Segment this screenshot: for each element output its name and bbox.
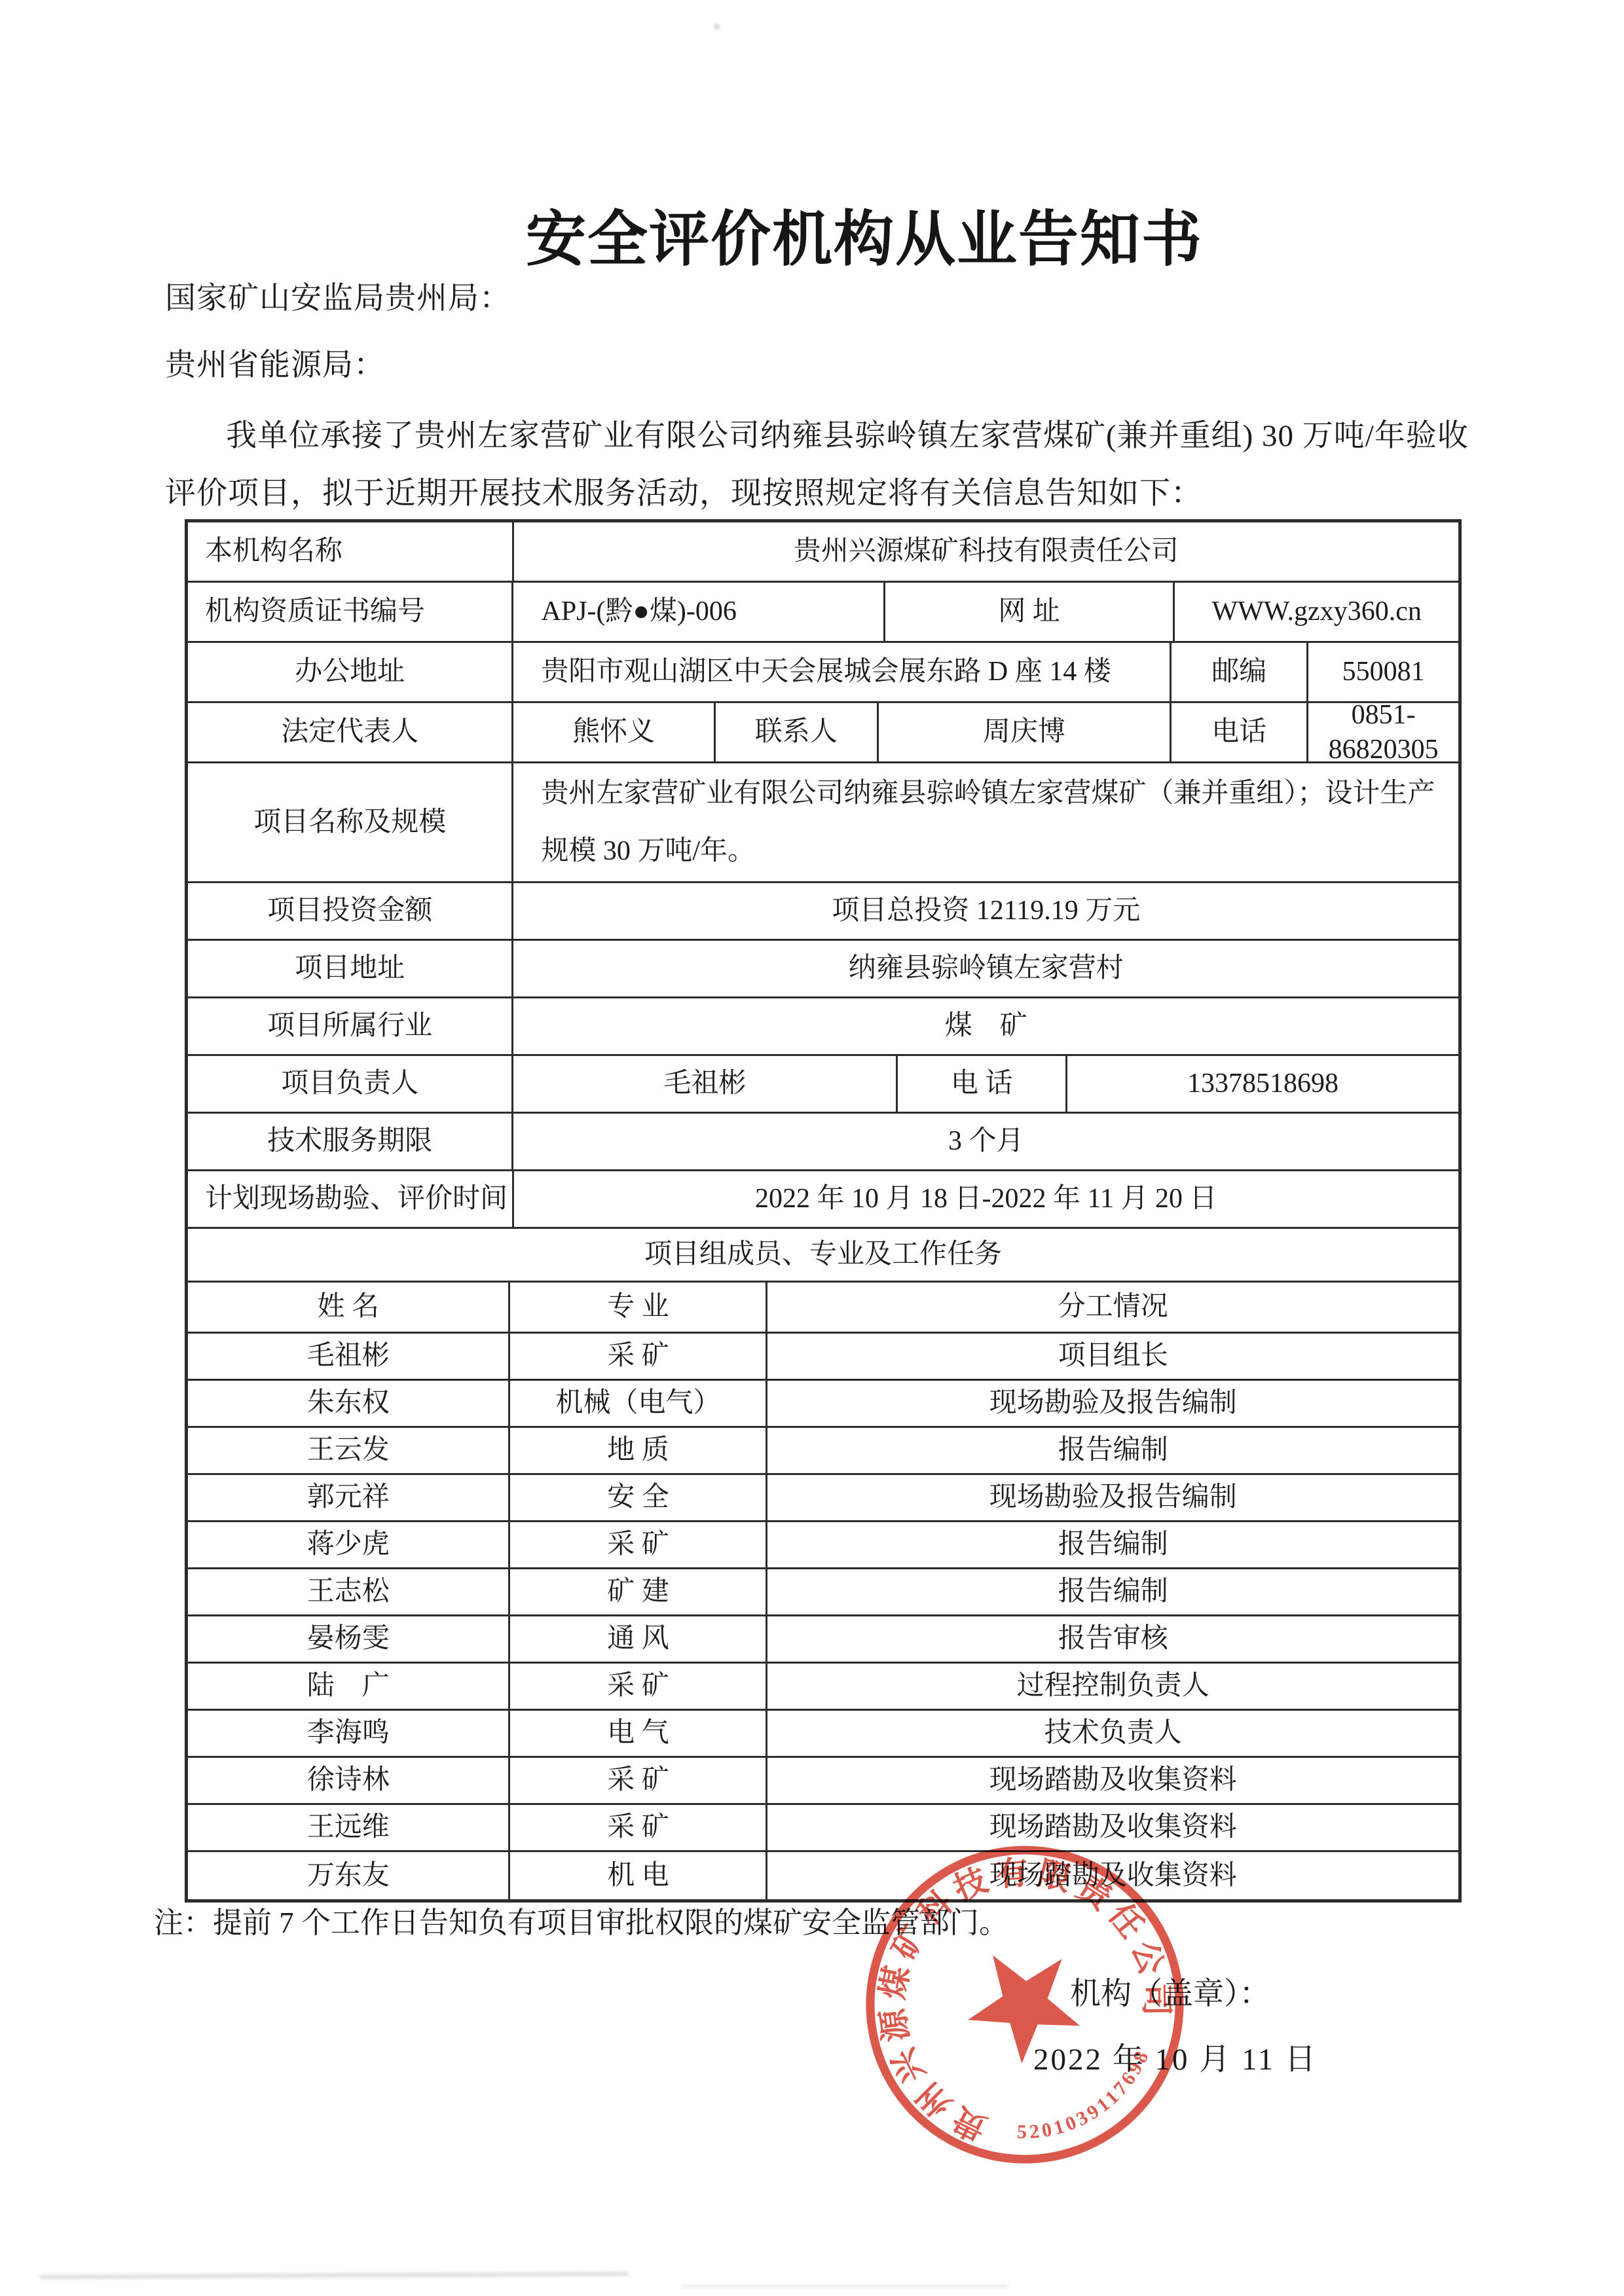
row-label-cell: 王志松 [188, 1569, 510, 1614]
row-label-cell: 计划现场勘验、评价时间 [188, 1171, 514, 1227]
table-cell: 机械（电气） [510, 1381, 767, 1426]
cell-text: 陆 广 [188, 1669, 508, 1704]
seal-caption: 机构（盖章）： [1070, 1969, 1270, 2013]
cell-text: WWW.gzxy360.cn [1175, 594, 1458, 629]
cell-text: 报告编制 [767, 1527, 1458, 1562]
table-row: 万东友机 电现场踏勘及收集资料 [188, 1852, 1458, 1899]
table-cell: 邮编 [1172, 643, 1308, 701]
cell-text: 邮编 [1172, 655, 1306, 689]
table-row: 机构资质证书编号APJ-(黔●煤)-006网 址WWW.gzxy360.cn [188, 583, 1458, 643]
cell-text: 报告编制 [767, 1433, 1458, 1468]
cell-text: 现场踏勘及收集资料 [767, 1859, 1458, 1893]
cell-text: 联系人 [716, 715, 877, 750]
cell-text: 地 质 [510, 1433, 766, 1468]
row-label-cell: 项目所属行业 [188, 998, 513, 1054]
cell-text: 李海鸣 [188, 1716, 508, 1751]
cell-text: 万东友 [188, 1859, 508, 1893]
cell-text: 技术负责人 [767, 1716, 1458, 1751]
table-row: 李海鸣电 气技术负责人 [188, 1711, 1458, 1758]
table-row: 技术服务期限3 个月 [188, 1114, 1458, 1171]
cell-text: 电 话 [898, 1066, 1065, 1101]
cell-text: 电话 [1172, 715, 1306, 750]
table-cell: 采 矿 [510, 1664, 767, 1709]
cell-text: 项目组成员、专业及工作任务 [188, 1237, 1458, 1272]
cell-text: 采 矿 [510, 1669, 766, 1704]
table-cell: 采 矿 [510, 1805, 767, 1850]
cell-text: 网 址 [885, 594, 1173, 629]
table-cell: 报告编制 [767, 1569, 1458, 1614]
cell-text: 采 矿 [510, 1339, 766, 1374]
table-cell: 现场踏勘及收集资料 [767, 1758, 1458, 1803]
issue-date: 2022 年 10 月 11 日 [1033, 2035, 1318, 2079]
row-label-cell: 李海鸣 [188, 1711, 510, 1756]
row-label-cell: 本机构名称 [188, 522, 514, 581]
cell-text: 现场踏勘及收集资料 [767, 1810, 1458, 1845]
row-label-cell: 机构资质证书编号 [188, 583, 513, 641]
table-row: 晏杨雯通 风报告审核 [188, 1616, 1458, 1664]
table-cell: 分工情况 [767, 1283, 1458, 1332]
table-cell: 现场踏勘及收集资料 [767, 1852, 1458, 1899]
table-cell: 2022 年 10 月 18 日-2022 年 11 月 20 日 [514, 1171, 1458, 1227]
cell-text: 王云发 [188, 1433, 508, 1468]
cell-text: 电 气 [510, 1716, 766, 1751]
row-label-cell: 项目投资金额 [188, 883, 513, 939]
table-cell: 采 矿 [510, 1758, 767, 1803]
cell-text: 矿 建 [510, 1575, 766, 1609]
table-cell: 3 个月 [513, 1114, 1458, 1169]
cell-text: 本机构名称 [205, 534, 342, 569]
cell-text: 郭元祥 [188, 1480, 508, 1515]
cell-text: 技术服务期限 [188, 1124, 511, 1159]
cell-text: 现场勘验及报告编制 [767, 1480, 1458, 1515]
table-cell: 周庆博 [879, 703, 1172, 761]
row-label-cell: 王远维 [188, 1805, 510, 1850]
cell-text: 2022 年 10 月 18 日-2022 年 11 月 20 日 [514, 1182, 1458, 1216]
row-label-cell: 蒋少虎 [188, 1522, 510, 1567]
table-row: 王志松矿 建报告编制 [188, 1569, 1458, 1616]
table-row: 项目负责人毛祖彬电 话13378518698 [188, 1056, 1458, 1114]
table-cell: 贵阳市观山湖区中天会展城会展东路 D 座 14 楼 [513, 643, 1172, 701]
cell-text: 姓 名 [188, 1290, 508, 1324]
table-cell: 联系人 [716, 703, 879, 761]
row-label-cell: 项目地址 [188, 941, 513, 996]
row-label-cell: 姓 名 [188, 1283, 510, 1332]
cell-text: 周庆博 [879, 715, 1170, 750]
cell-text: APJ-(黔●煤)-006 [541, 594, 736, 629]
scan-artifact [681, 2285, 1008, 2288]
cell-text: 采 矿 [510, 1763, 766, 1798]
cell-text: 机 电 [510, 1859, 766, 1893]
row-label-cell: 徐诗林 [188, 1758, 510, 1803]
cell-text: 550081 [1308, 655, 1458, 689]
cell-text: 贵阳市观山湖区中天会展城会展东路 D 座 14 楼 [541, 655, 1111, 689]
cell-text: 王志松 [188, 1575, 508, 1609]
row-label-cell: 法定代表人 [188, 703, 513, 761]
cell-text: 蒋少虎 [188, 1527, 508, 1562]
table-cell: 项目组成员、专业及工作任务 [188, 1229, 1458, 1281]
table-cell: 机 电 [510, 1852, 767, 1899]
table-cell: 熊怀义 [513, 703, 715, 761]
table-cell: 报告编制 [767, 1428, 1458, 1473]
table-row: 朱东权机械（电气）现场勘验及报告编制 [188, 1381, 1458, 1428]
table-row: 办公地址贵阳市观山湖区中天会展城会展东路 D 座 14 楼邮编550081 [188, 643, 1458, 703]
table-cell: 550081 [1308, 643, 1458, 701]
table-row: 本机构名称贵州兴源煤矿科技有限责任公司 [188, 522, 1458, 583]
table-cell: 安 全 [510, 1475, 767, 1520]
document-title: 安全评价机构从业告知书 [52, 191, 1624, 278]
table-row: 徐诗林采 矿现场踏勘及收集资料 [188, 1758, 1458, 1805]
cell-text: 安 全 [510, 1480, 766, 1515]
table-row: 王云发地 质报告编制 [188, 1428, 1458, 1475]
intro-paragraph-line-2: 评价项目，拟于近期开展技术服务活动，现按照规定将有关信息告知如下： [165, 469, 1202, 513]
table-row: 项目地址纳雍县骔岭镇左家营村 [188, 941, 1458, 998]
table-row: 计划现场勘验、评价时间2022 年 10 月 18 日-2022 年 11 月 … [188, 1171, 1458, 1229]
table-row: 项目所属行业煤 矿 [188, 998, 1458, 1056]
cell-text: 王远维 [188, 1810, 508, 1845]
recipient-line-2: 贵州省能源局： [165, 340, 385, 384]
cell-text: 办公地址 [188, 655, 511, 689]
table-cell: 项目组长 [767, 1334, 1458, 1379]
cell-text: 纳雍县骔岭镇左家营村 [513, 951, 1458, 986]
cell-text: 0851-86820305 [1308, 703, 1458, 761]
row-label-cell: 办公地址 [188, 643, 513, 701]
table-cell: 报告审核 [767, 1616, 1458, 1662]
table-cell: 毛祖彬 [513, 1056, 898, 1112]
table-row: 姓 名专 业分工情况 [188, 1283, 1458, 1334]
table-cell: 网 址 [885, 583, 1175, 641]
cell-text: 毛祖彬 [188, 1339, 508, 1374]
cell-text: 贵州兴源煤矿科技有限责任公司 [514, 534, 1458, 569]
table-row: 陆 广采 矿过程控制负责人 [188, 1664, 1458, 1711]
cell-text: 现场踏勘及收集资料 [767, 1763, 1458, 1798]
cell-text: 项目组长 [767, 1339, 1458, 1374]
table-cell: 采 矿 [510, 1334, 767, 1379]
table-cell: 技术负责人 [767, 1711, 1458, 1756]
cell-text: 采 矿 [510, 1527, 766, 1562]
cell-text: 13378518698 [1067, 1066, 1458, 1101]
cell-text: 分工情况 [767, 1290, 1458, 1324]
table-cell: 采 矿 [510, 1522, 767, 1567]
cell-text: 项目总投资 12119.19 万元 [513, 894, 1458, 928]
table-cell: 项目总投资 12119.19 万元 [513, 883, 1458, 939]
table-cell: 专 业 [510, 1283, 767, 1332]
row-label-cell: 陆 广 [188, 1664, 510, 1709]
cell-text: 熊怀义 [513, 715, 713, 750]
table-cell: 电 话 [898, 1056, 1067, 1112]
table-row: 郭元祥安 全现场勘验及报告编制 [188, 1475, 1458, 1522]
table-cell: 矿 建 [510, 1569, 767, 1614]
table-row: 项目组成员、专业及工作任务 [188, 1229, 1458, 1283]
row-label-cell: 技术服务期限 [188, 1114, 513, 1169]
row-label-cell: 王云发 [188, 1428, 510, 1473]
scan-artifact [39, 2272, 629, 2280]
cell-text: 项目地址 [188, 951, 511, 986]
table-row: 王远维采 矿现场踏勘及收集资料 [188, 1805, 1458, 1852]
cell-text: 专 业 [510, 1290, 766, 1324]
cell-text: 徐诗林 [188, 1763, 508, 1798]
cell-text: 通 风 [510, 1622, 766, 1656]
row-label-cell: 晏杨雯 [188, 1616, 510, 1662]
table-cell: WWW.gzxy360.cn [1175, 583, 1458, 641]
table-cell: 煤 矿 [513, 998, 1458, 1054]
cell-text: 报告审核 [767, 1622, 1458, 1656]
table-row: 法定代表人熊怀义联系人周庆博电话0851-86820305 [188, 703, 1458, 763]
table-cell: 纳雍县骔岭镇左家营村 [513, 941, 1458, 996]
table-cell: 通 风 [510, 1616, 767, 1662]
table-row: 项目投资金额项目总投资 12119.19 万元 [188, 883, 1458, 941]
recipient-line-1: 国家矿山安监局贵州局： [165, 274, 511, 318]
table-cell: 贵州左家营矿业有限公司纳雍县骔岭镇左家营煤矿（兼并重组）；设计生产规模 30 万… [513, 763, 1458, 881]
table-cell: 0851-86820305 [1308, 703, 1458, 761]
table-row: 蒋少虎采 矿报告编制 [188, 1522, 1458, 1569]
table-cell: APJ-(黔●煤)-006 [513, 583, 885, 641]
row-label-cell: 郭元祥 [188, 1475, 510, 1520]
cell-text: 3 个月 [513, 1124, 1458, 1159]
cell-text: 法定代表人 [188, 715, 511, 750]
cell-text: 贵州左家营矿业有限公司纳雍县骔岭镇左家营煤矿（兼并重组）；设计生产规模 30 万… [541, 765, 1458, 880]
scanned-document-page: 安全评价机构从业告知书 国家矿山安监局贵州局： 贵州省能源局： 我单位承接了贵州… [0, 0, 1624, 2296]
cell-text: 现场勘验及报告编制 [767, 1386, 1458, 1421]
table-row: 项目名称及规模贵州左家营矿业有限公司纳雍县骔岭镇左家营煤矿（兼并重组）；设计生产… [188, 763, 1458, 883]
table-cell: 地 质 [510, 1428, 767, 1473]
scan-artifact [714, 24, 720, 29]
cell-text: 采 矿 [510, 1810, 766, 1845]
cell-text: 报告编制 [767, 1575, 1458, 1609]
table-cell: 现场勘验及报告编制 [767, 1381, 1458, 1426]
cell-text: 煤 矿 [513, 1009, 1458, 1044]
table-cell: 13378518698 [1067, 1056, 1458, 1112]
cell-text: 晏杨雯 [188, 1622, 508, 1656]
row-label-cell: 毛祖彬 [188, 1334, 510, 1379]
row-label-cell: 朱东权 [188, 1381, 510, 1426]
footnote-line: 注：提前 7 个工作日告知负有项目审批权限的煤矿安全监管部门。 [154, 1899, 1008, 1941]
table-cell: 过程控制负责人 [767, 1664, 1458, 1709]
table-cell: 贵州兴源煤矿科技有限责任公司 [514, 522, 1458, 581]
table-cell: 电话 [1172, 703, 1308, 761]
cell-text: 机构资质证书编号 [205, 594, 425, 629]
cell-text: 朱东权 [188, 1386, 508, 1421]
row-label-cell: 项目名称及规模 [188, 763, 513, 881]
notification-info-table: 本机构名称贵州兴源煤矿科技有限责任公司机构资质证书编号APJ-(黔●煤)-006… [185, 519, 1462, 1903]
cell-text: 项目负责人 [188, 1066, 511, 1101]
cell-text: 项目所属行业 [188, 1009, 511, 1044]
row-label-cell: 万东友 [188, 1852, 510, 1899]
row-label-cell: 项目负责人 [188, 1056, 513, 1112]
cell-text: 计划现场勘验、评价时间 [205, 1182, 507, 1216]
table-row: 毛祖彬采 矿项目组长 [188, 1334, 1458, 1381]
intro-paragraph-line-1: 我单位承接了贵州左家营矿业有限公司纳雍县骔岭镇左家营煤矿(兼并重组) 30 万吨… [226, 411, 1469, 455]
cell-text: 项目名称及规模 [188, 805, 511, 840]
cell-text: 项目投资金额 [188, 894, 511, 928]
table-cell: 现场勘验及报告编制 [767, 1475, 1458, 1520]
cell-text: 毛祖彬 [513, 1066, 896, 1101]
table-cell: 报告编制 [767, 1522, 1458, 1567]
table-cell: 现场踏勘及收集资料 [767, 1805, 1458, 1850]
cell-text: 机械（电气） [510, 1386, 766, 1421]
cell-text: 过程控制负责人 [767, 1669, 1458, 1704]
table-cell: 电 气 [510, 1711, 767, 1756]
